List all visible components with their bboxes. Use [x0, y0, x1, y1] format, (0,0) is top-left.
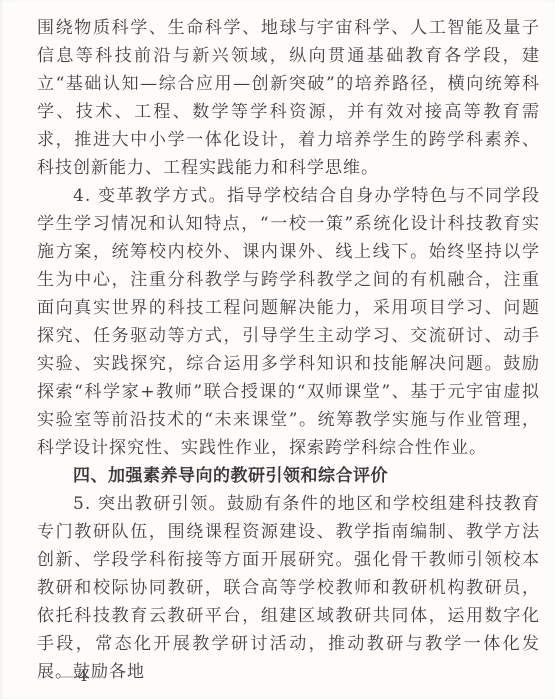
paragraph-continuation: 围绕物质科学、生命科学、地球与宇宙科学、人工智能及量子信息等科技前沿与新兴领域，… [37, 14, 540, 182]
section-heading-4: 四、加强素养导向的教研引领和综合评价 [37, 462, 540, 490]
page-number-footer: —4— [55, 667, 111, 685]
paragraph-item-5: 5. 突出教研引领。鼓励有条件的地区和学校组建科技教育专门教研队伍，围绕课程资源… [37, 490, 540, 686]
document-content: 围绕物质科学、生命科学、地球与宇宙科学、人工智能及量子信息等科技前沿与新兴领域，… [37, 14, 540, 686]
page-number-right-dash: — [88, 667, 111, 685]
paragraph-item-4: 4. 变革教学方式。指导学校结合自身办学特色与不同学段学生学习情况和认知特点，“… [37, 182, 540, 462]
document-page: 围绕物质科学、生命科学、地球与宇宙科学、人工智能及量子信息等科技前沿与新兴领域，… [0, 0, 555, 699]
page-number-left-dash: — [55, 667, 78, 685]
page-number-value: 4 [78, 667, 88, 685]
